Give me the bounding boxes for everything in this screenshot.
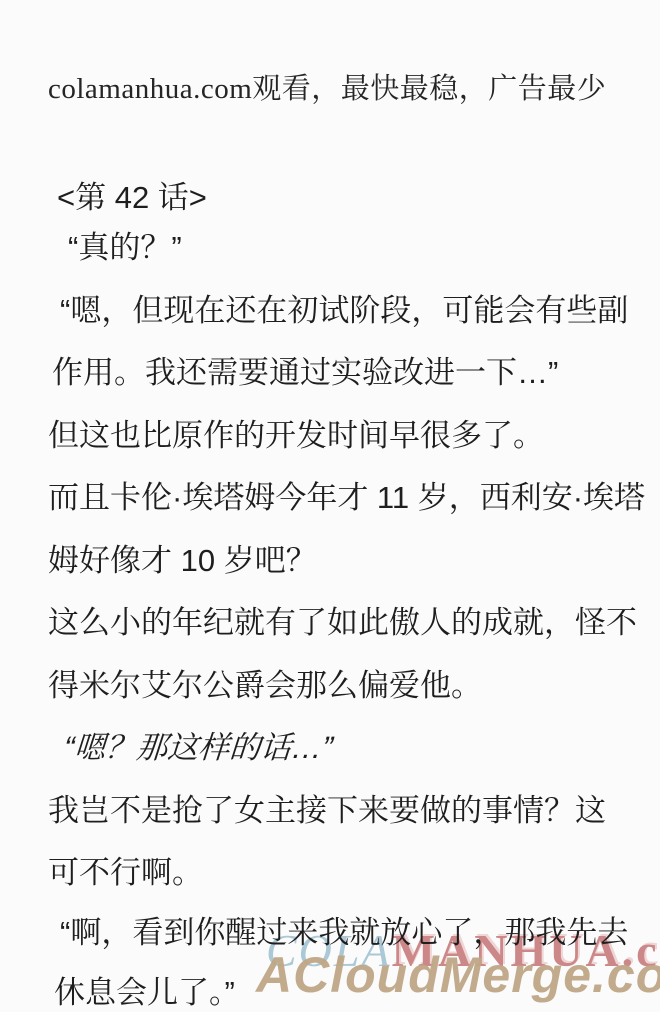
- text-line-italic: “嗯？那这样的话…”: [63, 730, 334, 766]
- text-line: 这么小的年纪就有了如此傲人的成就，怪不: [48, 605, 637, 641]
- watermark-acloudmerge-text: ACloudMerge.com: [256, 946, 660, 1004]
- text-line: “嗯，但现在还在初试阶段，可能会有些副: [60, 293, 628, 329]
- text-line: 我岂不是抢了女主接下来要做的事情？这: [48, 793, 606, 829]
- text-line: “啊，看到你醒过来我就放心了，那我先去: [60, 915, 628, 951]
- text-line: 作用。我还需要通过实验改进一下…”: [52, 355, 558, 391]
- text-line: 姆好像才 10 岁吧？: [48, 543, 317, 579]
- text-line: 但这也比原作的开发时间早很多了。: [48, 418, 544, 454]
- comic-text-page: COLAMANHUA.com ACloudMerge.com colamanhu…: [0, 0, 660, 1012]
- site-promo-banner: colamanhua.com观看，最快最稳，广告最少: [48, 66, 648, 107]
- text-line: 而且卡伦·埃塔姆今年才 11 岁，西利安·埃塔: [48, 480, 645, 516]
- text-line: 可不行啊。: [48, 855, 203, 891]
- chapter-title: <第 42 话>: [57, 172, 207, 217]
- text-line: “真的？”: [68, 230, 182, 266]
- text-line: 得米尔艾尔公爵会那么偏爱他。: [48, 668, 482, 704]
- text-line: 休息会儿了。”: [54, 975, 235, 1011]
